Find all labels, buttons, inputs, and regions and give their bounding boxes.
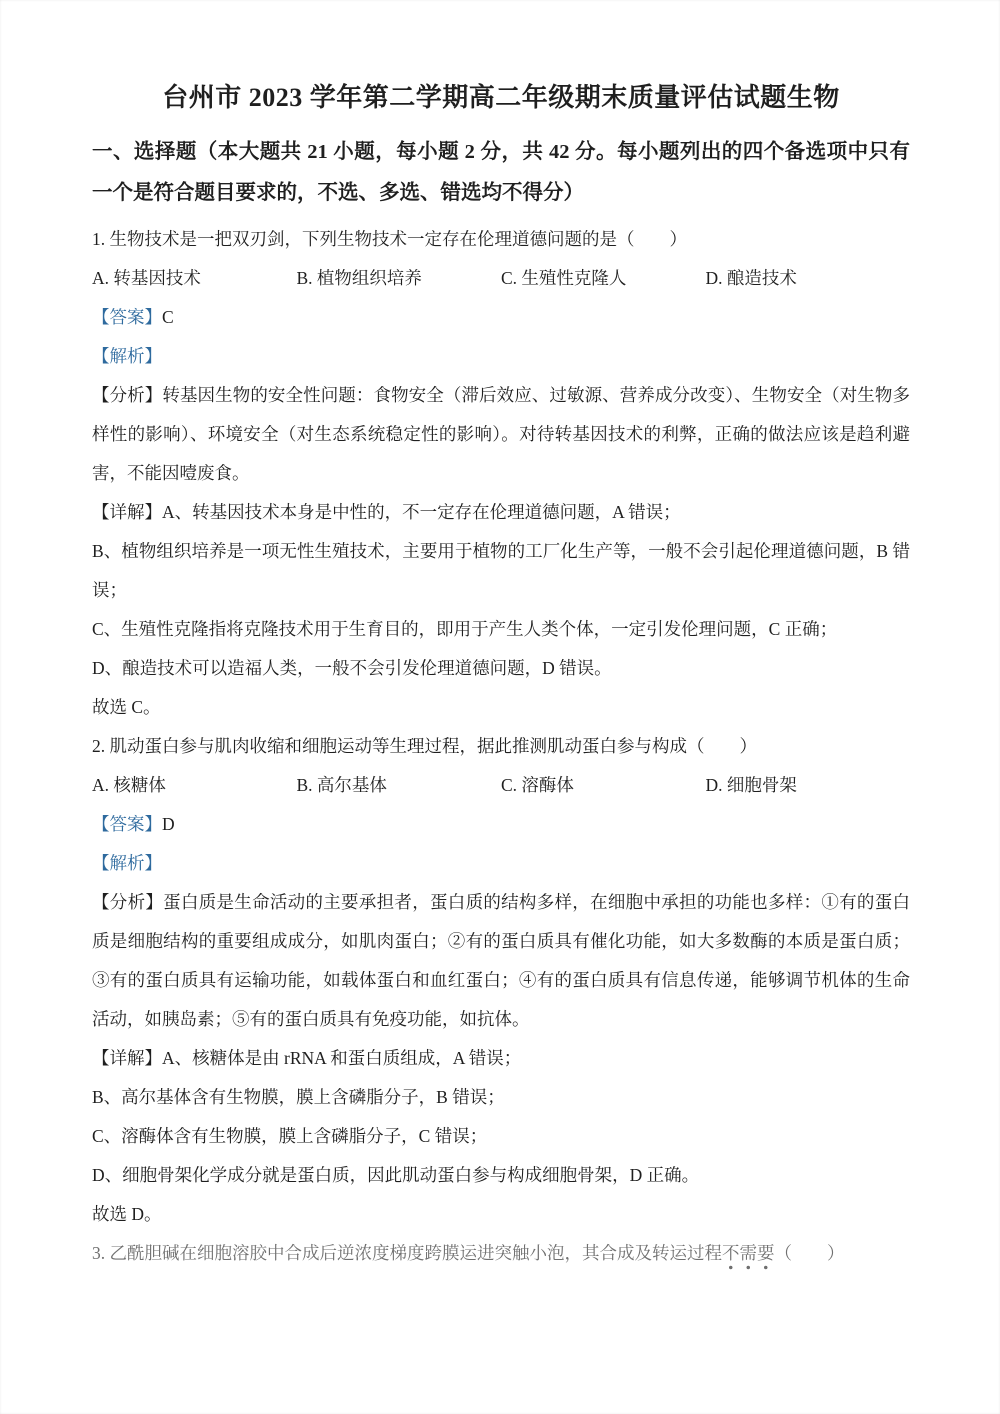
exam-document-page: 台州市 2023 学年第二学期高二年级期末质量评估试题生物 一、选择题（本大题共… <box>0 0 1000 1414</box>
question-2-option-d: D. 细胞骨架 <box>706 766 911 805</box>
section-heading: 一、选择题（本大题共 21 小题，每小题 2 分，共 42 分。每小题列出的四个… <box>92 132 910 214</box>
question-1-conclusion: 故选 C。 <box>92 688 910 727</box>
question-2-analysis-label: 【解析】 <box>92 844 910 883</box>
question-2-detail-c: C、溶酶体含有生物膜，膜上含磷脂分子，C 错误； <box>92 1117 910 1156</box>
question-2-detail-d: D、细胞骨架化学成分就是蛋白质，因此肌动蛋白参与构成细胞骨架，D 正确。 <box>92 1156 910 1195</box>
question-1-detail-a: 【详解】A、转基因技术本身是中性的，不一定存在伦理道德问题，A 错误； <box>92 493 910 532</box>
question-3-stem: 3. 乙酰胆碱在细胞溶胶中合成后逆浓度梯度跨膜运进突触小泡，其合成及转运过程不需… <box>92 1234 910 1273</box>
question-2-answer-line: 【答案】D <box>92 805 910 844</box>
question-2-option-b: B. 高尔基体 <box>297 766 502 805</box>
question-1-option-b: B. 植物组织培养 <box>297 259 502 298</box>
question-1-options: A. 转基因技术 B. 植物组织培养 C. 生殖性克隆人 D. 酿造技术 <box>92 259 910 298</box>
question-3-stem-text: 3. 乙酰胆碱在细胞溶胶中合成后逆浓度梯度跨膜运进突触小泡，其合成及转运过程 <box>92 1243 722 1263</box>
question-3: 3. 乙酰胆碱在细胞溶胶中合成后逆浓度梯度跨膜运进突触小泡，其合成及转运过程不需… <box>92 1234 910 1273</box>
question-2-conclusion: 故选 D。 <box>92 1195 910 1234</box>
question-1-detail-c: C、生殖性克隆指将克隆技术用于生育目的，即用于产生人类个体，一定引发伦理问题，C… <box>92 610 910 649</box>
question-2-options: A. 核糖体 B. 高尔基体 C. 溶酶体 D. 细胞骨架 <box>92 766 910 805</box>
question-1-analysis: 【分析】转基因生物的安全性问题：食物安全（滞后效应、过敏源、营养成分改变）、生物… <box>92 376 910 493</box>
question-1-detail-b: B、植物组织培养是一项无性生殖技术，主要用于植物的工厂化生产等，一般不会引起伦理… <box>92 532 910 610</box>
question-1-option-d: D. 酿造技术 <box>706 259 911 298</box>
question-1-answer-value: C <box>162 307 174 327</box>
question-1: 1. 生物技术是一把双刃剑，下列生物技术一定存在伦理道德问题的是（ ） A. 转… <box>92 220 910 727</box>
question-1-stem: 1. 生物技术是一把双刃剑，下列生物技术一定存在伦理道德问题的是（ ） <box>92 220 910 259</box>
question-1-answer-line: 【答案】C <box>92 298 910 337</box>
question-2-option-c: C. 溶酶体 <box>501 766 706 805</box>
question-1-detail-d: D、酿造技术可以造福人类，一般不会引发伦理道德问题，D 错误。 <box>92 649 910 688</box>
question-2-analysis: 【分析】蛋白质是生命活动的主要承担者，蛋白质的结构多样，在细胞中承担的功能也多样… <box>92 883 910 1039</box>
question-2-detail-a: 【详解】A、核糖体是由 rRNA 和蛋白质组成，A 错误； <box>92 1039 910 1078</box>
question-2-detail-b: B、高尔基体含有生物膜，膜上含磷脂分子，B 错误； <box>92 1078 910 1117</box>
answer-label: 【答案】 <box>92 307 162 327</box>
exam-title: 台州市 2023 学年第二学期高二年级期末质量评估试题生物 <box>92 80 910 116</box>
question-2-option-a: A. 核糖体 <box>92 766 297 805</box>
question-2-stem: 2. 肌动蛋白参与肌肉收缩和细胞运动等生理过程，据此推测肌动蛋白参与构成（ ） <box>92 727 910 766</box>
question-3-stem-paren: （ ） <box>775 1243 845 1263</box>
answer-label: 【答案】 <box>92 814 162 834</box>
question-1-analysis-label: 【解析】 <box>92 337 910 376</box>
question-1-option-a: A. 转基因技术 <box>92 259 297 298</box>
question-1-option-c: C. 生殖性克隆人 <box>501 259 706 298</box>
question-3-stem-emphasized-word: 不需要 <box>722 1243 775 1270</box>
question-2-answer-value: D <box>162 814 175 834</box>
question-2: 2. 肌动蛋白参与肌肉收缩和细胞运动等生理过程，据此推测肌动蛋白参与构成（ ） … <box>92 727 910 1234</box>
